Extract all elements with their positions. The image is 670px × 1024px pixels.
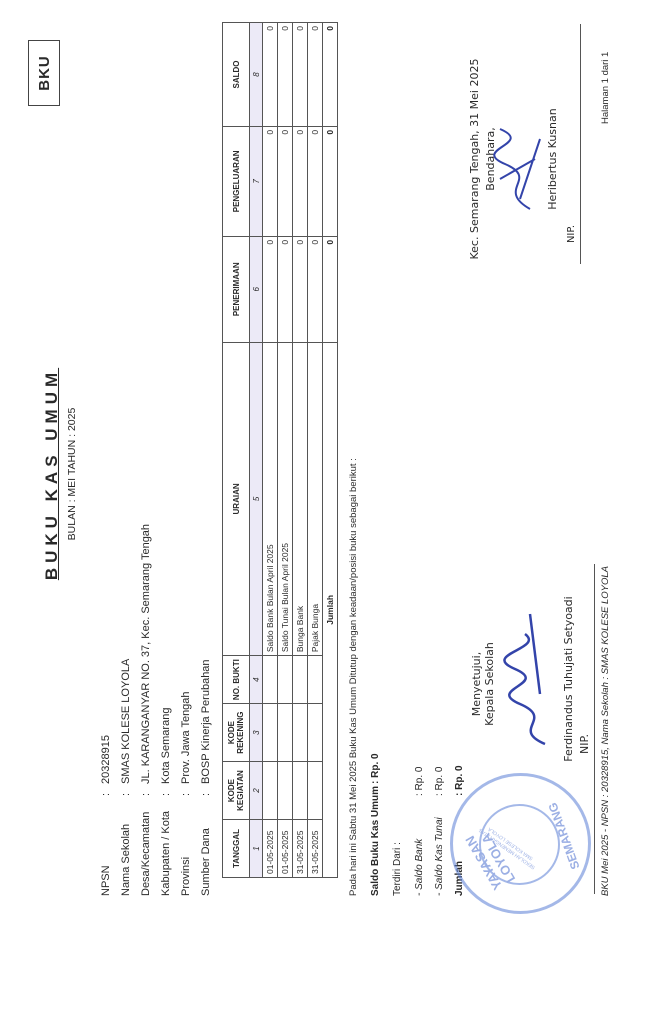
sig-name-left: Ferdinandus Tuhujati Setyoadi [562,574,575,784]
column-number: 6 [250,236,263,342]
cell-pengeluaran: 0 [293,126,308,236]
cell-pengeluaran: 0 [278,126,293,236]
summary-saldo-bku: Saldo Buku Kas Umum : Rp. 0 [370,753,381,896]
school-stamp: YAYASAN LOYOLA SEMARANG SEKOLAH MENENGAH… [450,773,591,914]
cell-no-bukti [278,656,293,704]
sig-place-date: Kec. Semarang Tengah, 31 Mei 2025 [468,29,481,289]
col-header-no-bukti: NO. BUKTI [223,656,250,704]
cell-tanggal: 01-05-2025 [278,820,293,878]
footer-page-number: Halaman 1 dari 1 [600,52,611,124]
info-label: Kabupaten / Kota [160,796,172,896]
info-label: Desa/Kecamatan [140,796,152,896]
col-header-saldo: SALDO [223,23,250,127]
cell-saldo: 0 [278,23,293,127]
cell-uraian: Bunga Bank [293,342,308,655]
cell-no-bukti [308,656,323,704]
summary-value: : Rp. 0 [370,753,381,784]
info-value: Kota Semarang [160,708,172,784]
info-sumber-dana: Sumber Dana:BOSP Kinerja Perubahan [196,524,216,896]
table-row: 31-05-2025 Bunga Bank 0 0 0 [293,23,308,878]
cell-kode-rekening [263,704,278,762]
cell-no-bukti [293,656,308,704]
info-value: BOSP Kinerja Perubahan [200,659,212,784]
sig-role: Kepala Sekolah [483,584,496,784]
bku-table: TANGGAL KODE KEGIATAN KODE REKENING NO. … [222,22,338,878]
table-header-row: TANGGAL KODE KEGIATAN KODE REKENING NO. … [223,23,250,878]
summary-value: : Rp. 0 [414,767,425,796]
summary-saldo-bank: - Saldo Bank : Rp. 0 [414,767,425,896]
cell-uraian: Pajak Bunga [308,342,323,655]
cell-penerimaan: 0 [308,236,323,342]
column-number-row: 1 2 3 4 5 6 7 8 [250,23,263,878]
cell-tanggal: 31-05-2025 [293,820,308,878]
cell-penerimaan: 0 [278,236,293,342]
cell-uraian: Saldo Bank Bulan April 2025 [263,342,278,655]
cell-saldo: 0 [293,23,308,127]
summary-terdiri: Terdiri Dari : [392,842,403,896]
col-header-kode-rekening: KODE REKENING [223,704,250,762]
cell-saldo: 0 [308,23,323,127]
info-desa-kecamatan: Desa/Kecamatan:JL. KARANGANYAR NO. 37, K… [136,524,156,896]
signature-scribble-right [490,109,545,219]
cell-penerimaan: 0 [263,236,278,342]
info-value: JL. KARANGANYAR NO. 37, Kec. Semarang Te… [140,524,152,784]
cell-kode-kegiatan [308,762,323,820]
bku-badge: BKU [28,40,60,106]
column-number: 7 [250,126,263,236]
table-total-row: Jumlah 0 0 0 [323,23,338,878]
total-penerimaan: 0 [323,236,338,342]
column-number: 4 [250,656,263,704]
cell-no-bukti [263,656,278,704]
cell-uraian: Saldo Tunai Bulan April 2025 [278,342,293,655]
footer-document-info: BKU Mei 2025 - NPSN : 20328915, Nama Sek… [600,566,611,896]
col-header-uraian: URAIAN [223,342,250,655]
summary-label: - Saldo Kas Tunai [434,796,445,896]
info-label: Provinsi [180,796,192,896]
signature-kepala-sekolah: Menyetujui, Kepala Sekolah [470,584,496,784]
info-npsn: NPSN:20328915 [96,524,116,896]
col-header-pengeluaran: PENGELUARAN [223,126,250,236]
table-row: 01-05-2025 Saldo Bank Bulan April 2025 0… [263,23,278,878]
info-value: 20328915 [100,735,112,784]
sig-nip-left: NIP. [578,719,591,769]
info-value: Prov. Jawa Tengah [180,691,192,784]
total-label: Jumlah [323,342,338,877]
cell-kode-kegiatan [263,762,278,820]
closing-statement: Pada hari ini Sabtu 31 Mei 2025 Buku Kas… [348,458,359,896]
column-number: 3 [250,704,263,762]
column-number: 2 [250,762,263,820]
signature-line-left [594,564,595,894]
cell-kode-kegiatan [293,762,308,820]
info-value: SMAS KOLESE LOYOLA [120,659,132,784]
cell-kode-rekening [308,704,323,762]
cell-tanggal: 31-05-2025 [308,820,323,878]
total-pengeluaran: 0 [323,126,338,236]
col-header-penerimaan: PENERIMAAN [223,236,250,342]
col-header-kode-kegiatan: KODE KEGIATAN [223,762,250,820]
table-row: 31-05-2025 Pajak Bunga 0 0 0 [308,23,323,878]
col-header-tanggal: TANGGAL [223,820,250,878]
cell-kode-rekening [293,704,308,762]
signature-scribble-left [500,604,560,754]
info-kabupaten-kota: Kabupaten / Kota:Kota Semarang [156,524,176,896]
info-label: NPSN [100,796,112,896]
signature-line-right [580,24,581,264]
school-info: NPSN:20328915 Nama Sekolah:SMAS KOLESE L… [96,524,216,896]
info-provinsi: Provinsi:Prov. Jawa Tengah [176,524,196,896]
column-number: 5 [250,342,263,655]
cell-kode-kegiatan [278,762,293,820]
column-number: 1 [250,820,263,878]
info-label: Sumber Dana [200,796,212,896]
summary-label: Saldo Buku Kas Umum [370,784,381,896]
sig-name-right: Heribertus Kusnan [546,54,559,264]
document-title: BUKU KAS UMUM [42,304,62,644]
total-saldo: 0 [323,23,338,127]
summary-label: - Saldo Bank [414,796,425,896]
cell-kode-rekening [278,704,293,762]
sig-nip-right: NIP. [566,214,577,254]
table-row: 01-05-2025 Saldo Tunai Bulan April 2025 … [278,23,293,878]
cell-saldo: 0 [263,23,278,127]
column-number: 8 [250,23,263,127]
sig-approval-label: Menyetujui, [470,584,483,784]
document-page: BKU BUKU KAS UMUM BULAN : MEI TAHUN : 20… [0,0,670,1024]
cell-pengeluaran: 0 [308,126,323,236]
cell-penerimaan: 0 [293,236,308,342]
cell-tanggal: 01-05-2025 [263,820,278,878]
cell-pengeluaran: 0 [263,126,278,236]
info-nama-sekolah: Nama Sekolah:SMAS KOLESE LOYOLA [116,524,136,896]
document-subtitle: BULAN : MEI TAHUN : 2025 [66,304,78,644]
info-label: Nama Sekolah [120,796,132,896]
